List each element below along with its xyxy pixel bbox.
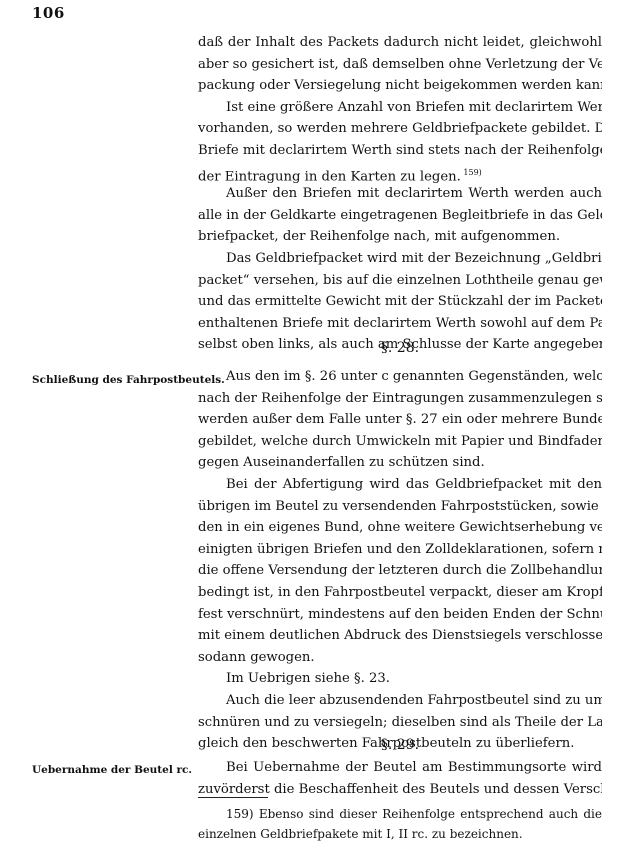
text-line-content: 159) Ebenso sind dieser Reihenfolge ents… [226, 807, 602, 821]
text-line: schnüren und zu versiegeln; dieselben si… [198, 712, 602, 734]
text-line-content: Bei Uebernahme der Beutel am Bestimmungs… [226, 760, 602, 775]
text-line-content: bedingt ist, in den Fahrpostbeutel verpa… [198, 585, 602, 600]
text-line-content: sodann gewogen. [198, 650, 315, 665]
text-line-content: die offene Versendung der letzteren durc… [198, 563, 602, 578]
text-line-content: einzelnen Geldbriefpakete mit I, II rc. … [198, 827, 523, 841]
text-line: enthaltenen Briefe mit declarirtem Werth… [198, 313, 602, 335]
text-line-content: zuvörderst die Beschaffenheit des Beutel… [198, 782, 602, 797]
margin-note-section-29: Uebernahme der Beutel rc. [32, 764, 192, 776]
text-line: 159) Ebenso sind dieser Reihenfolge ents… [198, 804, 602, 824]
text-line: gebildet, welche durch Umwickeln mit Pap… [198, 431, 602, 453]
text-line-content: schnüren und zu versiegeln; dieselben si… [198, 715, 602, 730]
text-line-content: vorhanden, so werden mehrere Geldbriefpa… [198, 121, 602, 136]
text-line-content: Bei der Abfertigung wird das Geldbriefpa… [226, 477, 602, 492]
text-line-content: Ist eine größere Anzahl von Briefen mit … [226, 100, 602, 115]
text-line-content: Im Uebrigen siehe §. 23. [226, 671, 390, 686]
text-line-content: den in ein eigenes Bund, ohne weitere Ge… [198, 520, 602, 535]
text-line: Das Geldbriefpacket wird mit der Bezeich… [198, 248, 602, 270]
text-line: gegen Auseinanderfallen zu schützen sind… [198, 452, 602, 474]
text-line: nach der Reihenfolge der Eintragungen zu… [198, 388, 602, 410]
section-29-heading: §. 29. [198, 737, 602, 753]
text-line-content: aber so gesichert ist, daß demselben ohn… [198, 57, 602, 72]
text-line-content: enthaltenen Briefe mit declarirtem Werth… [198, 316, 602, 331]
text-line-content: mit einem deutlichen Abdruck des Diensts… [198, 628, 602, 643]
text-line: einzelnen Geldbriefpakete mit I, II rc. … [198, 824, 602, 844]
text-line: Bei Uebernahme der Beutel am Bestimmungs… [198, 757, 602, 779]
text-line: aber so gesichert ist, daß demselben ohn… [198, 54, 602, 76]
section-29-body: Bei Uebernahme der Beutel am Bestimmungs… [198, 757, 602, 800]
text-line: Aus den im §. 26 unter c genannten Gegen… [198, 366, 602, 388]
text-line-content: Außer den Briefen mit declarirtem Werth … [226, 186, 602, 201]
text-line-content: einigten übrigen Briefen und den Zolldek… [198, 542, 602, 557]
section-28-heading: §. 28. [198, 340, 602, 356]
text-line: den in ein eigenes Bund, ohne weitere Ge… [198, 517, 602, 539]
text-line: mit einem deutlichen Abdruck des Diensts… [198, 625, 602, 647]
text-line: fest verschnürt, mindestens auf den beid… [198, 604, 602, 626]
text-line: alle in der Geldkarte eingetragenen Begl… [198, 205, 602, 227]
text-line-content: Briefe mit declarirtem Werth sind stets … [198, 143, 602, 158]
footnote: 159) Ebenso sind dieser Reihenfolge ents… [198, 804, 602, 844]
text-line-content: packet“ versehen, bis auf die einzelnen … [198, 273, 602, 288]
text-line-content: übrigen im Beutel zu versendenden Fahrpo… [198, 499, 602, 514]
text-line: bedingt ist, in den Fahrpostbeutel verpa… [198, 582, 602, 604]
text-line: einigten übrigen Briefen und den Zolldek… [198, 539, 602, 561]
text-line-content: der Eintragung in den Karten zu legen. [198, 169, 461, 183]
text-line: der Eintragung in den Karten zu legen. 1… [198, 162, 602, 184]
text-line: Auch die leer abzusendenden Fahrpostbeut… [198, 690, 602, 712]
text-line-content: gebildet, welche durch Umwickeln mit Pap… [198, 434, 602, 449]
text-line-content: Auch die leer abzusendenden Fahrpostbeut… [226, 693, 602, 708]
text-line-content: und das ermittelte Gewicht mit der Stück… [198, 294, 602, 309]
text-line-content: packung oder Versiegelung nicht beigekom… [198, 78, 602, 93]
text-line: packung oder Versiegelung nicht beigekom… [198, 75, 602, 97]
margin-note-section-28: Schließung des Fahrpostbeutels. [32, 374, 225, 386]
text-line-content: werden außer dem Falle unter §. 27 ein o… [198, 412, 602, 427]
text-line: vorhanden, so werden mehrere Geldbriefpa… [198, 118, 602, 140]
paragraph-block-1: daß der Inhalt des Packets dadurch nicht… [198, 32, 602, 356]
text-line: briefpacket, der Reihenfolge nach, mit a… [198, 226, 602, 248]
text-line: übrigen im Beutel zu versendenden Fahrpo… [198, 496, 602, 518]
text-line: Bei der Abfertigung wird das Geldbriefpa… [198, 474, 602, 496]
text-line: Briefe mit declarirtem Werth sind stets … [198, 140, 602, 162]
text-line: Außer den Briefen mit declarirtem Werth … [198, 183, 602, 205]
text-line: und das ermittelte Gewicht mit der Stück… [198, 291, 602, 313]
text-line-content: fest verschnürt, mindestens auf den beid… [198, 607, 602, 622]
text-line-content: gegen Auseinanderfallen zu schützen sind… [198, 455, 485, 470]
text-line: daß der Inhalt des Packets dadurch nicht… [198, 32, 602, 54]
section-28-body: Aus den im §. 26 unter c genannten Gegen… [198, 366, 602, 755]
page-number: 106 [32, 4, 65, 22]
text-line-content: Aus den im §. 26 unter c genannten Gegen… [226, 369, 602, 384]
footnote-divider [198, 797, 268, 798]
text-line: werden außer dem Falle unter §. 27 ein o… [198, 409, 602, 431]
text-line: die offene Versendung der letzteren durc… [198, 560, 602, 582]
text-line-content: alle in der Geldkarte eingetragenen Begl… [198, 208, 602, 223]
text-line-content: briefpacket, der Reihenfolge nach, mit a… [198, 229, 560, 244]
text-line-content: nach der Reihenfolge der Eintragungen zu… [198, 391, 602, 406]
text-line: packet“ versehen, bis auf die einzelnen … [198, 270, 602, 292]
footnote-reference[interactable]: 159) [461, 168, 482, 177]
text-line: Im Uebrigen siehe §. 23. [198, 668, 602, 690]
text-line-content: daß der Inhalt des Packets dadurch nicht… [198, 35, 602, 50]
text-line-content: Das Geldbriefpacket wird mit der Bezeich… [226, 251, 602, 266]
text-line: Ist eine größere Anzahl von Briefen mit … [198, 97, 602, 119]
text-line: sodann gewogen. [198, 647, 602, 669]
